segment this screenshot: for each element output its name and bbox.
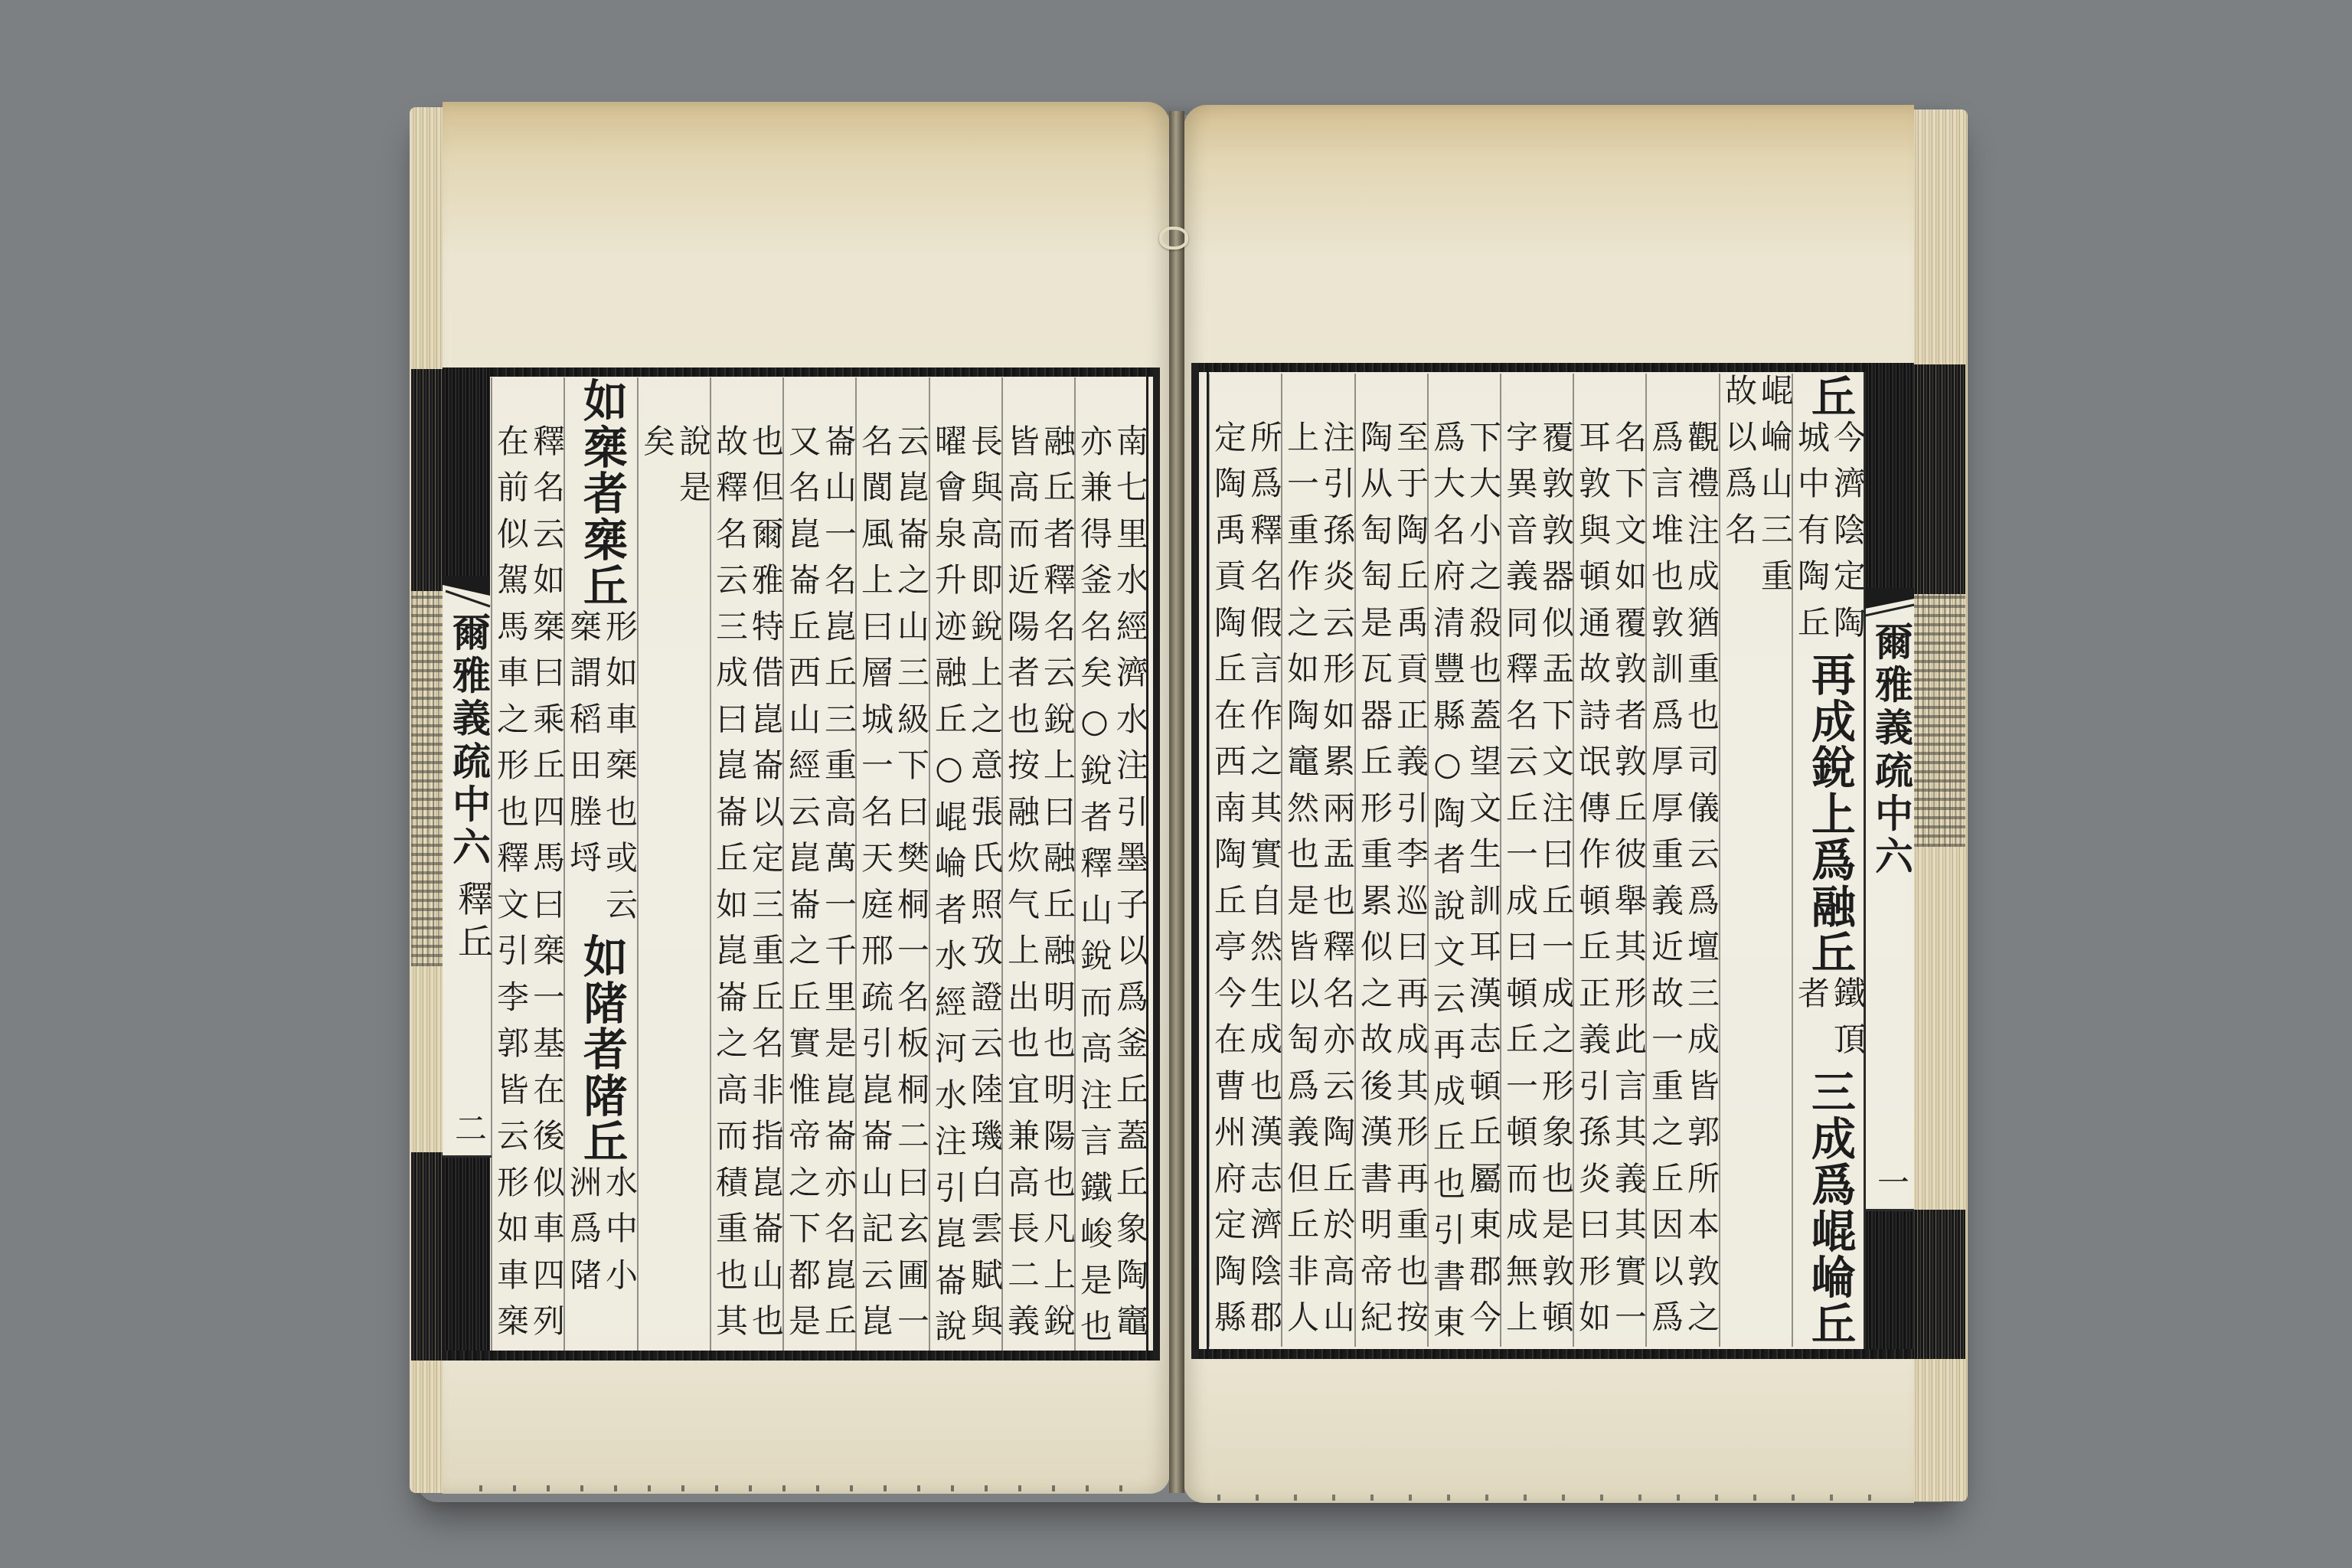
ruled-column: 釋名云如椉曰乘丘四馬曰椉一基在後似車四列 在前似駕馬車之形也釋文引李郭皆云形如車… [491,377,565,1351]
ruled-column: 覆敦敦器似盂下文注曰丘一成之形象也是敦頓 字異音義同釋名云丘一成曰頓丘一頓而成無… [1500,374,1574,1347]
ruled-column: 注引孫炎云形如累兩盂也釋名亦云陶丘於高山 上一重作之如陶竈然也是皆以匋爲義但丘非… [1281,374,1355,1347]
annotation-right: 形如車椉也或云 [602,609,637,934]
left-edge-ink-speckle [411,591,445,966]
ruled-column: 融丘者釋名云銳上曰融丘融明也明陽也凡上銳 皆高而近陽者也按融炊气上出也宜兼高長二… [1001,377,1076,1351]
commentary-line: 名閬風上曰層城一名天庭邢疏引崑崙山記云崑 [857,424,893,1351]
commentary-line: 覆敦敦器似盂下文注曰丘一成之形象也是敦頓 [1538,420,1573,1347]
commentary-line: 爲大名府清豐縣○陶者說文云再成丘也引書東 [1429,420,1465,1347]
ruled-column: 下大小之殺也蓋望文生訓耳漢志頓丘屬東郡今 爲大名府清豐縣○陶者說文云再成丘也引書… [1427,374,1501,1347]
left-frame-top-border [443,367,1160,377]
annotation-right: 鐵頂 [1830,976,1865,1069]
segment-stack: 崐崘山三重 故以爲名 [1720,374,1793,606]
ruled-column: 觀禮注成猶重也司儀云爲壇三成皆郭所本敦之 爲言堆也敦訓爲厚厚重義近故一重之丘因以… [1645,374,1720,1347]
main-text-segment: 如椉者椉丘 [565,377,638,609]
commentary-line: 陶从匋匋是瓦器丘形重累似之故後漢書明帝紀 [1357,420,1392,1347]
main-text: 再成銳上爲融丘 [1793,652,1866,976]
annotation-segment: 形如車椉也或云 椉謂稻田塍埒 [565,609,638,934]
ruled-column: 至于陶丘禹貢正義引李巡曰再成其形再重也按 陶从匋匋是瓦器丘形重累似之故後漢書明帝… [1354,374,1429,1347]
commentary-line: 皆高而近陽者也按融炊气上出也宜兼高長二義 [1004,424,1039,1351]
ruled-column: 崙山一名崑丘三重高萬一千里是崑崙亦名崑丘 又名崑崙丘西山經云崑崙之丘實惟帝之下都… [782,377,857,1351]
commentary-line: 又名崑崙丘西山經云崑崙之丘實惟帝之下都是 [785,424,820,1351]
commentary-line: 在前似駕馬車之形也釋文引李郭皆云形如車椉 [493,424,528,1351]
right-page-bottom-edge [1194,1494,1899,1501]
commentary-line: 長與高即銳上之意張氏照攷證云陸璣白雲賦與 [967,424,1002,1351]
photo-canvas: 爾雅義疏中六 釋丘 二 南七里水經濟水注引墨子以爲釜丘蓋丘象陶竈 亦兼得釜名矣○… [0,0,2352,1568]
commentary-line: 上一重作之如陶竈然也是皆以匋爲義但丘非人 [1283,420,1318,1347]
left-banxin-upper-block [443,367,490,576]
gutter-fold [1169,111,1184,1493]
annotation-right: 崐崘山三重 [1757,374,1792,606]
ruled-column-annotation: 崐崘山三重 故以爲名 [1719,374,1793,1347]
annotation-segment: 今濟陰定陶 城中有陶丘 [1793,420,1866,652]
right-fishtail-icon [1865,585,1916,620]
left-banxin-lower-block [443,1158,490,1351]
annotation-left: 洲爲陼 [566,1165,601,1305]
main-text: 如陼者陼丘 [565,933,638,1165]
ruled-column: 長與高即銳上之意張氏照攷證云陸璣白雲賦與 曜會泉升迹融丘○崐崘者水經河水注引崑崙… [929,377,1003,1351]
main-text-segment: 丘 [1793,374,1866,420]
commentary-line: 觀禮注成猶重也司儀云爲壇三成皆郭所本敦之 [1684,420,1719,1347]
commentary-line: 爲言堆也敦訓爲厚厚重義近故一重之丘因以爲 [1648,420,1683,1347]
segment-stack: 丘 今濟陰定陶 城中有陶丘 再成銳上爲融丘 鐵頂 者 三成爲崐崘丘 [1793,374,1866,1347]
annotation-segment: 崐崘山三重 故以爲名 [1720,374,1793,606]
right-banxin-lower-block [1866,1211,1914,1349]
left-frame-gutter-outer-line [1153,367,1160,1361]
binding-thread [1159,227,1188,250]
right-page-number: 一 [1870,1165,1913,1197]
commentary-line: 定陶禹貢陶丘在西南陶丘亭今在曹州府定陶縣 [1210,420,1246,1347]
right-banxin-title: 爾雅義疏中六 [1868,622,1914,879]
commentary-line: 亦兼得釜名矣○銳者釋山銳而高注言鐵峻是也 [1076,424,1112,1351]
segment-stack: 如椉者椉丘 形如車椉也或云 椉謂稻田塍埒 如陼者陼丘 水中小 洲爲陼 [565,377,638,1304]
commentary-line: 說是 [675,424,710,517]
main-text-segment: 三成爲崐崘丘 [1793,1069,1866,1347]
ruled-column: 名下文如覆敦者敦丘彼舉其形此言其義其實一 耳敦與頓通故詩氓傳作頓丘正義引孫炎曰形… [1573,374,1647,1347]
main-text: 丘 [1793,374,1866,420]
ruled-column: 也但爾雅特借崑崙以定三重丘名非指崑崙山也 故釋名云三成曰崑崙丘如崑崙之高而積重也… [710,377,784,1351]
commentary-line: 下大小之殺也蓋望文生訓耳漢志頓丘屬東郡今 [1465,420,1501,1347]
annotation-right: 今濟陰定陶 [1830,420,1865,652]
left-edge-ink-lower [411,1152,445,1361]
right-banxin-upper-block [1866,363,1914,588]
commentary-line: 也但爾雅特借崑崙以定三重丘名非指崑崙山也 [748,424,783,1351]
annotation-left: 城中有陶丘 [1794,420,1829,652]
commentary-line: 融丘者釋名云銳上曰融丘融明也明陽也凡上銳 [1040,424,1075,1351]
commentary-line: 注引孫炎云形如累兩盂也釋名亦云陶丘於高山 [1319,420,1354,1347]
right-frame-top-border [1191,363,1914,372]
annotation-left: 椉謂稻田塍埒 [566,609,601,887]
commentary-line: 故釋名云三成曰崑崙丘如崑崙之高而積重也其 [712,424,747,1351]
ruled-column: 南七里水經濟水注引墨子以爲釜丘蓋丘象陶竈 亦兼得釜名矣○銳者釋山銳而高注言鐵峻是… [1074,377,1148,1351]
commentary-line: 字異音義同釋名云丘一成曰頓丘一頓而成無上 [1502,420,1537,1347]
left-edge-ink-upper [411,369,445,591]
left-banxin-title: 爾雅義疏中六 [446,612,492,870]
left-banxin-section: 釋丘 [452,880,495,966]
annotation-left: 故以爲名 [1721,374,1756,559]
main-text-segment: 再成銳上爲融丘 [1793,652,1866,976]
commentary-line: 矣 [639,424,675,471]
right-frame-bottom-border [1191,1349,1914,1359]
main-text: 如椉者椉丘 [565,377,638,609]
main-text: 三成爲崐崘丘 [1793,1069,1866,1347]
left-fishtail-icon [443,573,492,611]
commentary-line: 南七里水經濟水注引墨子以爲釜丘蓋丘象陶竈 [1112,424,1148,1351]
commentary-line: 至于陶丘禹貢正義引李巡曰再成其形再重也按 [1393,420,1428,1347]
commentary-line: 名下文如覆敦者敦丘彼舉其形此言其義其實一 [1611,420,1646,1347]
right-frame-gutter-outer-line [1191,363,1199,1359]
right-edge-ink-upper [1912,364,1965,594]
commentary-line: 崙山一名崑丘三重高萬一千里是崑崙亦名崑丘 [821,424,856,1351]
annotation-right: 水中小 [602,1165,637,1305]
ruled-column-main-text: 丘 今濟陰定陶 城中有陶丘 再成銳上爲融丘 鐵頂 者 三成爲崐崘丘 [1792,374,1866,1347]
ruled-column: 所爲釋名假言作之其實自然生成也漢志濟陰郡 定陶禹貢陶丘在西南陶丘亭今在曹州府定陶… [1208,374,1282,1347]
commentary-line: 所爲釋名假言作之其實自然生成也漢志濟陰郡 [1246,420,1282,1347]
left-page-bottom-edge [459,1485,1148,1491]
right-edge-ink-lower [1912,1210,1965,1359]
left-frame-bottom-border [443,1351,1160,1361]
annotation-segment: 鐵頂 者 [1793,976,1866,1069]
annotation-segment: 水中小 洲爲陼 [565,1165,638,1305]
commentary-line: 云崑崙之山三級下曰樊桐一名板桐二曰玄圃一 [893,424,929,1351]
commentary-line: 曜會泉升迹融丘○崐崘者水經河水注引崑崙說 [931,424,966,1351]
commentary-line: 釋名云如椉曰乘丘四馬曰椉一基在後似車四列 [529,424,564,1351]
right-edge-ink-speckle [1912,594,1965,847]
commentary-line: 耳敦與頓通故詩氓傳作頓丘正義引孫炎曰形如 [1575,420,1610,1347]
ruled-column-main-text: 如椉者椉丘 形如車椉也或云 椉謂稻田塍埒 如陼者陼丘 水中小 洲爲陼 [563,377,638,1351]
left-page-number: 二 [447,1112,490,1144]
annotation-left: 者 [1794,976,1829,1023]
main-text-segment: 如陼者陼丘 [565,933,638,1165]
ruled-column: 說是 矣 [637,377,711,1351]
ruled-column: 云崑崙之山三級下曰樊桐一名板桐二曰玄圃一 名閬風上曰層城一名天庭邢疏引崑崙山記云… [855,377,929,1351]
